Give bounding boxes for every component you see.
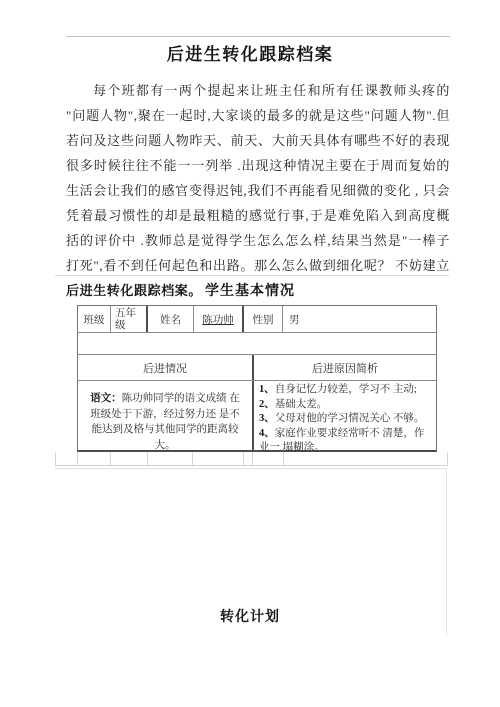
class-label-cell: 班级 (78, 306, 111, 332)
reason-3-text: 父母对他的学习情况关心 不够。 (275, 413, 430, 424)
stub-cell (78, 452, 111, 465)
reason-line-3: 3、父母对他的学习情况关心 不够。 4、家庭作业要求经常听不 清楚，作业一 塌糊… (259, 412, 432, 456)
stub-cell (111, 452, 148, 465)
reason-3-num: 3、 (259, 413, 275, 424)
reason-4-text: 家庭作业要求经常听不 清楚，作业一 塌糊涂。 (259, 428, 424, 454)
intro-paragraph: 每个班都有一两个提起来让班主任和所有任课教师头疼的 "问题人物",聚在一起时,大… (66, 78, 450, 303)
student-info-table: 班级 五年级 姓名 陈功帅 性别 男 后进情况 后进原因简析 语文：陈功帅同学的… (77, 305, 437, 452)
stub-cell (193, 452, 244, 465)
table-row-info: 班级 五年级 姓名 陈功帅 性别 男 (78, 306, 436, 333)
class-value-cell: 五年级 (111, 306, 148, 332)
reason-2-num: 2、 (259, 399, 275, 410)
document-page: 后进生转化跟踪档案 每个班都有一两个提起来让班主任和所有任课教师头疼的 "问题人… (0, 0, 500, 707)
stub-cell (56, 452, 78, 465)
section-header-plan: 转化计划 (0, 606, 500, 626)
section-header-basic-info: 学生基本情况 (0, 280, 500, 300)
name-value-text: 陈功帅 (202, 312, 234, 327)
stub-cell-row (55, 452, 448, 466)
page-title: 后进生转化跟踪档案 (0, 40, 500, 65)
behind-reason-header-cell: 后进原因简析 (252, 355, 436, 380)
reason-2-text: 基础太差。 (275, 399, 328, 410)
behind-situation-header-cell: 后进情况 (78, 355, 252, 380)
reason-1-text: 自身记忆力较差，学习不 主动; (275, 384, 417, 395)
name-value-cell: 陈功帅 (194, 306, 244, 332)
behind-reason-cell: 1、自身记忆力较差，学习不 主动; 2、基础太差。 3、父母对他的学习情况关心 … (252, 381, 436, 450)
gender-value-cell: 男 (283, 306, 436, 332)
stub-cell (253, 452, 284, 465)
gender-label-cell: 性别 (244, 306, 283, 332)
reason-1-num: 1、 (259, 384, 275, 395)
table-row-empty (78, 333, 436, 355)
reason-line-1: 1、自身记忆力较差，学习不 主动; (259, 383, 432, 398)
table-row-content: 语文：陈功帅同学的语文成绩 在班级处于下游，经过努力还 是不能达到及格与其他同学… (78, 381, 436, 450)
table-row-headers: 后进情况 后进原因简析 (78, 355, 436, 381)
section-divider (55, 275, 449, 276)
stub-cell (284, 452, 447, 465)
reason-4-num: 4、 (259, 428, 275, 439)
behind-situation-cell: 语文：陈功帅同学的语文成绩 在班级处于下游，经过努力还 是不能达到及格与其他同学… (78, 381, 252, 450)
stub-cell (244, 452, 253, 465)
intro-text: 每个班都有一两个提起来让班主任和所有任课教师头疼的 "问题人物",聚在一起时,大… (66, 83, 450, 273)
top-divider (66, 36, 450, 37)
stub-cell (148, 452, 193, 465)
reason-line-2: 2、基础太差。 (259, 398, 432, 413)
name-label-cell: 姓名 (148, 306, 194, 332)
subject-label: 语文： (90, 393, 122, 404)
